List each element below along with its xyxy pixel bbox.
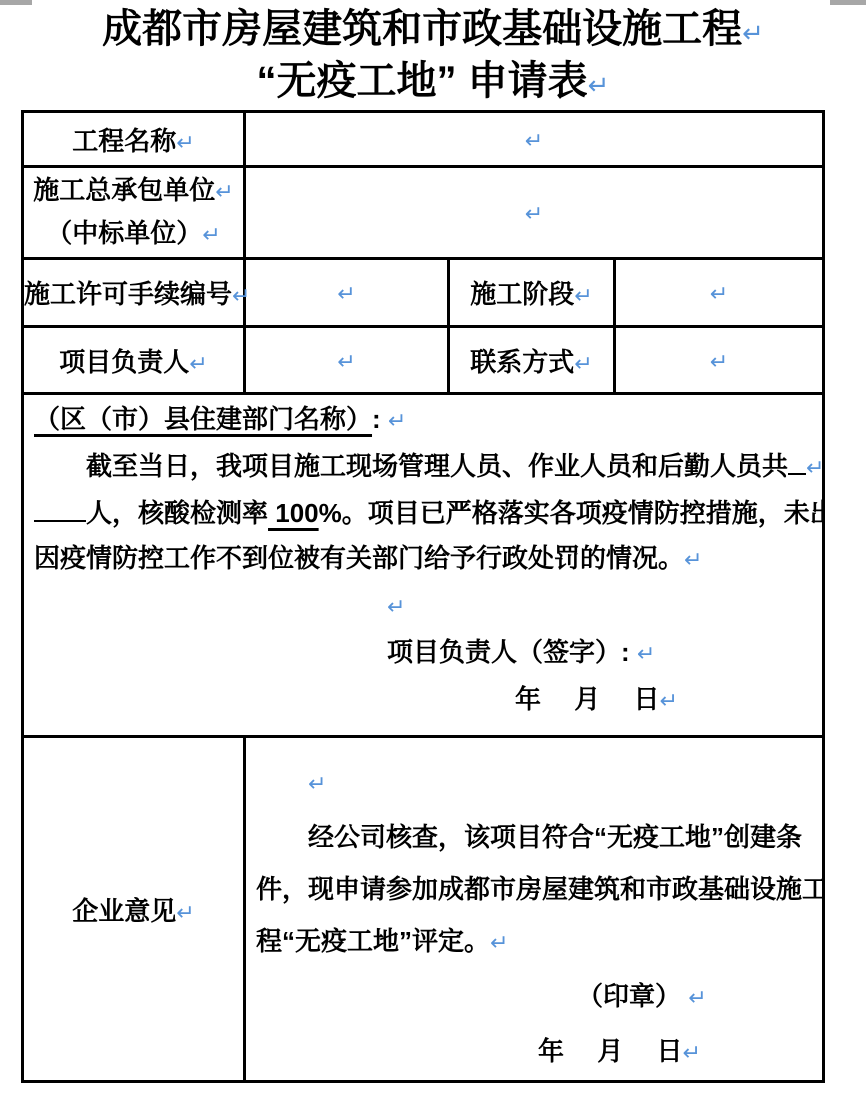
opinion-paragraph-line-3: 程“无疫工地”评定。↵ <box>256 915 816 970</box>
row-declaration: （区（市）县住建部门名称）: ↵ 截至当日，我项目施工现场管理人员、作业人员和后… <box>23 394 824 737</box>
declaration-empty-line: ↵ <box>387 583 816 630</box>
paragraph-mark-icon: ↵ <box>574 284 592 309</box>
paragraph-mark-icon: ↵ <box>525 129 543 154</box>
opinion-paragraph-line-2: 件，现申请参加成都市房屋建筑和市政基础设施工 <box>256 863 816 915</box>
paragraph-mark-icon: ↵ <box>215 180 233 205</box>
opinion-text-2: 件，现申请参加成都市房屋建筑和市政基础设施工 <box>256 874 824 904</box>
signature-line[interactable]: 项目负责人（签字）: ↵ <box>387 630 816 677</box>
declaration-addressee-line: （区（市）县住建部门名称）: ↵ <box>34 397 816 444</box>
company-opinion-label-cell: 企业意见↵ <box>23 737 245 1082</box>
paragraph-mark-icon: ↵ <box>710 282 728 307</box>
title-line-2: “无疫工地” 申请表↵ <box>0 58 866 110</box>
page-edge-right <box>830 0 866 5</box>
general-contractor-label-text-2: （中标单位） <box>46 218 202 248</box>
construction-permit-value-cell[interactable]: ↵ <box>245 259 449 327</box>
opinion-date-line[interactable]: 年 月 日↵ <box>538 1025 816 1080</box>
paragraph-mark-icon: ↵ <box>588 71 610 101</box>
paragraph-mark-icon: ↵ <box>189 352 207 377</box>
declaration-paragraph-line-3: 因疫情防控工作不到位被有关部门给予行政处罚的情况。↵ <box>34 536 816 583</box>
contact-info-label-cell: 联系方式↵ <box>449 327 615 394</box>
headcount-blank-field-continued[interactable] <box>34 500 86 522</box>
contact-info-label: 联系方式 <box>470 347 574 377</box>
general-contractor-label-text-1: 施工总承包单位 <box>33 175 215 205</box>
declaration-date-line[interactable]: 年 月 日↵ <box>515 677 816 724</box>
project-manager-label-cell: 项目负责人↵ <box>23 327 245 394</box>
construction-permit-label: 施工许可手续编号 <box>24 279 232 309</box>
paragraph-mark-icon: ↵ <box>710 350 728 375</box>
application-form-table: 工程名称↵ ↵ 施工总承包单位↵ （中标单位）↵ ↵ 施工许可手续编号↵ ↵ 施… <box>21 110 825 1083</box>
declaration-text-1: 截至当日，我项目施工现场管理人员、作业人员和后勤人员共 <box>86 451 788 481</box>
company-opinion-label: 企业意见 <box>72 896 176 926</box>
seal-placeholder: （印章） <box>577 981 681 1011</box>
construction-stage-label: 施工阶段 <box>470 279 574 309</box>
contact-info-value-cell[interactable]: ↵ <box>615 327 824 394</box>
construction-stage-label-cell: 施工阶段↵ <box>449 259 615 327</box>
paragraph-mark-icon: ↵ <box>659 689 677 714</box>
signature-label: 项目负责人（签字）: <box>387 637 630 667</box>
title-line-1-text: 成都市房屋建筑和市政基础设施工程 <box>102 7 742 51</box>
paragraph-mark-icon: ↵ <box>337 282 355 307</box>
headcount-blank-field[interactable] <box>788 453 806 475</box>
project-name-label: 工程名称 <box>72 126 176 156</box>
declaration-date-placeholder: 年 月 日 <box>515 684 659 714</box>
declaration-text-2: 人，核酸检测率 <box>86 498 268 528</box>
declaration-cell: （区（市）县住建部门名称）: ↵ 截至当日，我项目施工现场管理人员、作业人员和后… <box>23 394 824 737</box>
opinion-text-3: 程“无疫工地”评定。 <box>256 926 490 956</box>
project-manager-label: 项目负责人 <box>59 347 189 377</box>
general-contractor-label-cell: 施工总承包单位↵ （中标单位）↵ <box>23 167 245 259</box>
project-manager-value-cell[interactable]: ↵ <box>245 327 449 394</box>
test-rate-underlined-value: 100 <box>268 498 319 528</box>
opinion-empty-line: ↵ <box>256 756 816 811</box>
paragraph-mark-icon: ↵ <box>682 1041 700 1066</box>
title-line-2-text: “无疫工地” 申请表 <box>257 59 588 103</box>
paragraph-mark-icon: ↵ <box>490 931 508 956</box>
paragraph-mark-icon: ↵ <box>688 986 706 1011</box>
declaration-text-3: %。项目已严格落实各项疫情防控措施，未出现 <box>319 498 824 528</box>
addressee-underlined-blank[interactable]: （区（市）县住建部门名称） <box>34 404 372 434</box>
construction-stage-value-cell[interactable]: ↵ <box>615 259 824 327</box>
row-project-name: 工程名称↵ ↵ <box>23 112 824 167</box>
seal-line[interactable]: （印章） ↵ <box>577 970 816 1025</box>
project-name-label-cell: 工程名称↵ <box>23 112 245 167</box>
declaration-text-4: 因疫情防控工作不到位被有关部门给予行政处罚的情况。 <box>34 543 684 573</box>
general-contractor-label-line-1: 施工总承包单位↵ <box>24 170 243 213</box>
document-title: 成都市房屋建筑和市政基础设施工程↵ “无疫工地” 申请表↵ <box>0 6 866 110</box>
paragraph-mark-icon: ↵ <box>684 548 702 573</box>
paragraph-mark-icon: ↵ <box>742 19 764 49</box>
row-permit-stage: 施工许可手续编号↵ ↵ 施工阶段↵ ↵ <box>23 259 824 327</box>
paragraph-mark-icon: ↵ <box>387 595 405 620</box>
row-manager-contact: 项目负责人↵ ↵ 联系方式↵ ↵ <box>23 327 824 394</box>
paragraph-mark-icon: ↵ <box>176 131 194 156</box>
company-opinion-content-cell: ↵ 经公司核查，该项目符合“无疫工地”创建条 件，现申请参加成都市房屋建筑和市政… <box>245 737 824 1082</box>
paragraph-mark-icon: ↵ <box>806 456 824 481</box>
project-name-value-cell[interactable]: ↵ <box>245 112 824 167</box>
general-contractor-value-cell[interactable]: ↵ <box>245 167 824 259</box>
paragraph-mark-icon: ↵ <box>637 642 655 667</box>
title-line-1: 成都市房屋建筑和市政基础设施工程↵ <box>0 6 866 58</box>
paragraph-mark-icon: ↵ <box>525 202 543 227</box>
paragraph-mark-icon: ↵ <box>308 772 326 797</box>
paragraph-mark-icon: ↵ <box>574 352 592 377</box>
opinion-text-1: 经公司核查，该项目符合“无疫工地”创建条 <box>308 822 802 852</box>
declaration-paragraph-line-2: 人，核酸检测率 100%。项目已严格落实各项疫情防控措施，未出现 <box>34 491 816 536</box>
paragraph-mark-icon: ↵ <box>337 350 355 375</box>
declaration-paragraph-line-1: 截至当日，我项目施工现场管理人员、作业人员和后勤人员共↵ <box>34 444 816 491</box>
paragraph-mark-icon: ↵ <box>176 901 194 926</box>
general-contractor-label-line-2: （中标单位）↵ <box>24 213 243 256</box>
paragraph-mark-icon: ↵ <box>202 223 220 248</box>
opinion-date-placeholder: 年 月 日 <box>538 1036 682 1066</box>
addressee-colon: : <box>372 404 381 434</box>
row-general-contractor: 施工总承包单位↵ （中标单位）↵ ↵ <box>23 167 824 259</box>
opinion-paragraph-line-1: 经公司核查，该项目符合“无疫工地”创建条 <box>256 811 816 863</box>
construction-permit-label-cell: 施工许可手续编号↵ <box>23 259 245 327</box>
paragraph-mark-icon: ↵ <box>388 409 406 434</box>
row-company-opinion: 企业意见↵ ↵ 经公司核查，该项目符合“无疫工地”创建条 件，现申请参加成都市房… <box>23 737 824 1082</box>
page-edge-left <box>0 0 32 5</box>
paragraph-mark-icon: ↵ <box>232 284 250 309</box>
